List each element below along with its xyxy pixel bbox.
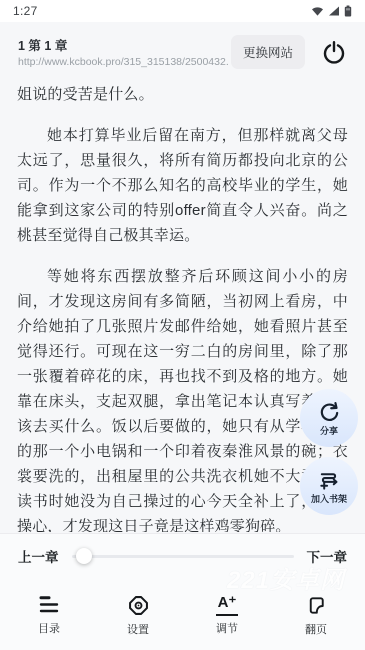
power-icon (321, 39, 347, 65)
chapter-slider-thumb[interactable] (76, 548, 92, 564)
source-url: http://www.kcbook.pro/315_315138/2500432… (18, 56, 228, 68)
reader-app-screen: 1:27 1 第 1 章 http://www.kcbook.pro/315_3… (0, 0, 365, 650)
battery-icon (344, 5, 352, 17)
reader-header: 1 第 1 章 http://www.kcbook.pro/315_315138… (0, 30, 365, 74)
header-actions: 更换网站 (231, 35, 349, 69)
signal-icon (328, 6, 340, 16)
font-adjust-icon: A⁺ (216, 594, 239, 616)
status-bar: 1:27 (0, 0, 365, 22)
toc-button[interactable]: 目录 (14, 592, 84, 642)
font-adjust-button[interactable]: A⁺ 调节 (192, 592, 262, 642)
status-icons (311, 5, 352, 17)
chapter-progress-slider[interactable] (72, 548, 294, 564)
change-site-button[interactable]: 更换网站 (231, 35, 305, 69)
page-turn-icon (305, 594, 328, 617)
paragraph: 她本打算毕业后留在南方，但那样就离父母太远了，思量很久，将所有简历都投向北京的公… (17, 123, 348, 248)
power-button[interactable] (319, 37, 349, 67)
settings-gear-icon (127, 594, 150, 617)
clock-time: 1:27 (13, 4, 38, 18)
reader-toolbar: 目录 设置 A⁺ 调节 翻页 (0, 592, 365, 642)
next-chapter-button[interactable]: 下一章 (307, 546, 348, 566)
prev-chapter-button[interactable]: 上一章 (18, 546, 59, 566)
font-adjust-label: 调节 (216, 620, 238, 636)
page-turn-label: 翻页 (305, 621, 327, 637)
bottom-control-panel: 上一章 下一章 目录 (0, 533, 365, 650)
add-to-shelf-icon (317, 468, 341, 491)
menu-list-icon (37, 594, 61, 616)
page-turn-button[interactable]: 翻页 (281, 592, 351, 642)
chapter-info: 1 第 1 章 http://www.kcbook.pro/315_315138… (18, 36, 228, 68)
chapter-title: 1 第 1 章 (18, 36, 228, 54)
share-label: 分享 (320, 424, 338, 437)
chapter-navigation: 上一章 下一章 (0, 534, 365, 578)
slider-track (72, 555, 294, 558)
settings-button[interactable]: 设置 (103, 592, 173, 642)
settings-label: 设置 (127, 621, 149, 637)
paragraph: 等她将东西摆放整齐后环顾这间小小的房间，才发现这房间有多简陋，当初网上看房，中介… (17, 264, 348, 532)
toc-label: 目录 (38, 620, 60, 636)
share-button[interactable]: 分享 (300, 389, 358, 447)
wifi-icon (311, 6, 324, 16)
circular-arrow-share-icon (318, 400, 341, 423)
add-to-shelf-label: 加入书架 (311, 492, 347, 505)
add-to-bookshelf-button[interactable]: 加入书架 (300, 457, 358, 515)
paragraph: 姐说的受苦是什么。 (17, 82, 348, 107)
